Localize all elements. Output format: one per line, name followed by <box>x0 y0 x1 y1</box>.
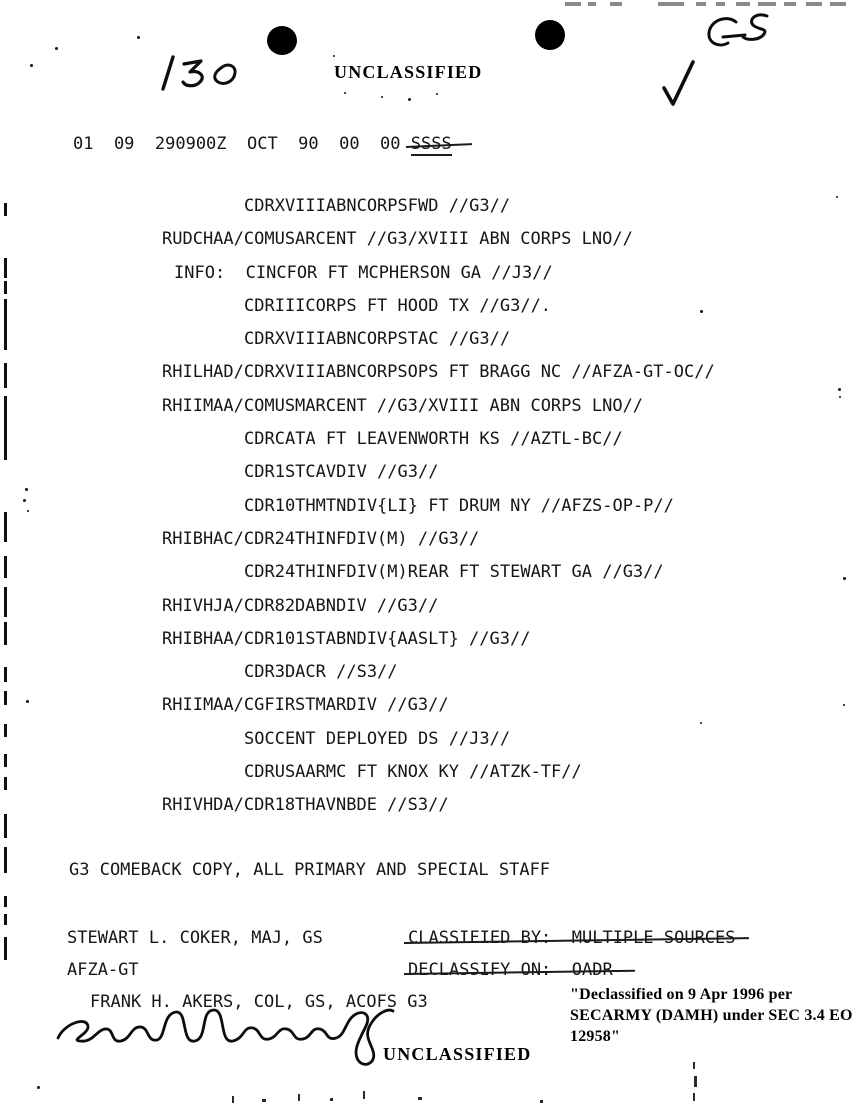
hole-punch-left <box>267 26 297 55</box>
scan-speck <box>436 93 438 95</box>
scan-speck <box>333 55 335 57</box>
message-line: RHIIMAA/CGFIRSTMARDIV //G3// <box>162 689 715 722</box>
scan-mark <box>693 1062 695 1069</box>
scan-mark <box>693 1093 695 1101</box>
declassification-note-line: SECARMY (DAMH) under SEC 3.4 EO <box>570 1005 853 1026</box>
scan-speck <box>381 96 383 98</box>
message-line: RHIBHAA/CDR101STABNDIV{AASLT} //G3// <box>162 623 715 656</box>
message-line: CDR24THINFDIV(M)REAR FT STEWART GA //G3/… <box>244 556 715 589</box>
message-line: CDRCATA FT LEAVENWORTH KS //AZTL-BC// <box>244 423 715 456</box>
message-line: CDRXVIIIABNCORPSTAC //G3// <box>244 323 715 356</box>
top-edge-dash <box>610 2 622 6</box>
margin-tick-mark <box>4 777 7 790</box>
top-edge-dash <box>758 2 776 6</box>
margin-tick-mark <box>4 667 7 682</box>
hole-punch-right <box>535 20 565 50</box>
message-line: RHIBHAC/CDR24THINFDIV(M) //G3// <box>162 523 715 556</box>
releaser-name: FRANK H. AKERS, COL, GS, ACOFS G3 <box>90 992 428 1012</box>
top-edge-dash <box>696 2 706 6</box>
margin-tick-mark <box>4 814 7 838</box>
margin-tick-mark <box>4 396 7 460</box>
dateline-prefix: 01 09 290900Z OCT 90 00 00 <box>73 134 411 154</box>
scan-speck <box>344 92 346 94</box>
top-edge-dash <box>736 2 750 6</box>
message-line: INFO: CINCFOR FT MCPHERSON GA //J3// <box>174 257 715 290</box>
margin-tick-mark <box>4 587 7 617</box>
office-symbol: AFZA-GT <box>67 960 139 980</box>
message-line: CDR3DACR //S3// <box>244 656 715 689</box>
scan-speck <box>37 1086 40 1089</box>
scan-speck <box>843 704 845 706</box>
message-line: CDRXVIIIABNCORPSFWD //G3// <box>244 190 715 223</box>
scan-speck <box>839 396 841 398</box>
handwritten-page-number <box>163 57 235 89</box>
message-line: RHIIMAA/COMUSMARCENT //G3/XVIII ABN CORP… <box>162 390 715 423</box>
scan-speck <box>55 47 58 50</box>
message-line: RHIVHJA/CDR82DABNDIV //G3// <box>162 590 715 623</box>
top-edge-dash <box>784 2 796 6</box>
margin-tick-mark <box>4 299 7 350</box>
declassification-note-line: 12958" <box>570 1026 853 1047</box>
dateline: 01 09 290900Z OCT 90 00 00 SSSS <box>73 134 452 154</box>
scan-mark <box>330 1098 333 1101</box>
scan-speck <box>843 577 846 580</box>
margin-tick-mark <box>4 754 7 767</box>
scan-mark <box>694 1076 697 1087</box>
message-line: CDRIIICORPS FT HOOD TX //G3//. <box>244 290 715 323</box>
scan-mark <box>262 1099 266 1102</box>
top-edge-dash <box>806 2 822 6</box>
handwritten-signature <box>58 1010 393 1064</box>
margin-tick-mark <box>4 847 7 873</box>
message-line: RHIVHDA/CDR18THAVNBDE //S3// <box>162 789 715 822</box>
scan-speck <box>137 36 140 39</box>
distribution-note: G3 COMEBACK COPY, ALL PRIMARY AND SPECIA… <box>69 860 550 880</box>
scan-speck <box>836 196 838 198</box>
message-line: RHILHAD/CDRXVIIIABNCORPSOPS FT BRAGG NC … <box>162 356 715 389</box>
margin-tick-mark <box>4 203 7 216</box>
scan-speck <box>838 388 841 391</box>
scan-speck <box>700 722 702 724</box>
message-line: RUDCHAA/COMUSARCENT //G3/XVIII ABN CORPS… <box>162 223 715 256</box>
drafter-name: STEWART L. COKER, MAJ, GS <box>67 928 323 948</box>
margin-tick-mark <box>4 622 7 645</box>
top-edge-dash <box>565 2 581 6</box>
margin-tick-mark <box>4 258 7 278</box>
message-line: CDRUSAARMC FT KNOX KY //ATZK-TF// <box>244 756 715 789</box>
scan-mark <box>540 1100 543 1103</box>
declassification-note: "Declassified on 9 Apr 1996 perSECARMY (… <box>570 984 853 1047</box>
declassification-note-line: "Declassified on 9 Apr 1996 per <box>570 984 853 1005</box>
header-classification-stamp: UNCLASSIFIED <box>334 62 482 83</box>
scan-speck <box>27 510 29 512</box>
message-body: CDRXVIIIABNCORPSFWD //G3//RUDCHAA/COMUSA… <box>70 190 715 823</box>
scan-mark <box>418 1097 422 1100</box>
scan-speck <box>25 488 28 491</box>
scan-speck <box>30 64 33 67</box>
margin-tick-mark <box>4 896 7 907</box>
scanned-document-page: UNCLASSIFIED 01 09 290900Z OCT 90 00 00 … <box>0 0 856 1104</box>
margin-tick-mark <box>4 363 7 388</box>
scan-speck <box>700 310 703 313</box>
scan-speck <box>26 700 29 703</box>
scan-mark <box>363 1091 365 1099</box>
scan-mark <box>232 1096 234 1103</box>
top-edge-dash <box>716 2 725 6</box>
margin-tick-mark <box>4 914 7 925</box>
scan-speck <box>23 499 26 502</box>
handwritten-checkmark <box>664 62 693 104</box>
message-line: CDR10THMTNDIV{LI} FT DRUM NY //AFZS-OP-P… <box>244 490 715 523</box>
margin-tick-mark <box>4 512 7 542</box>
margin-tick-mark <box>4 556 7 578</box>
margin-tick-mark <box>4 937 7 960</box>
message-line: SOCCENT DEPLOYED DS //J3// <box>244 723 715 756</box>
top-edge-dash <box>658 2 684 6</box>
top-edge-dash <box>588 2 596 6</box>
scan-mark <box>298 1094 300 1101</box>
margin-tick-mark <box>4 724 7 737</box>
message-line: CDR1STCAVDIV //G3// <box>244 456 715 489</box>
footer-classification-stamp: UNCLASSIFIED <box>383 1044 531 1065</box>
top-edge-dash <box>830 2 846 6</box>
scan-speck <box>408 98 411 101</box>
margin-tick-mark <box>4 281 7 294</box>
margin-tick-mark <box>4 691 7 705</box>
handwritten-initials-gs <box>709 15 767 45</box>
